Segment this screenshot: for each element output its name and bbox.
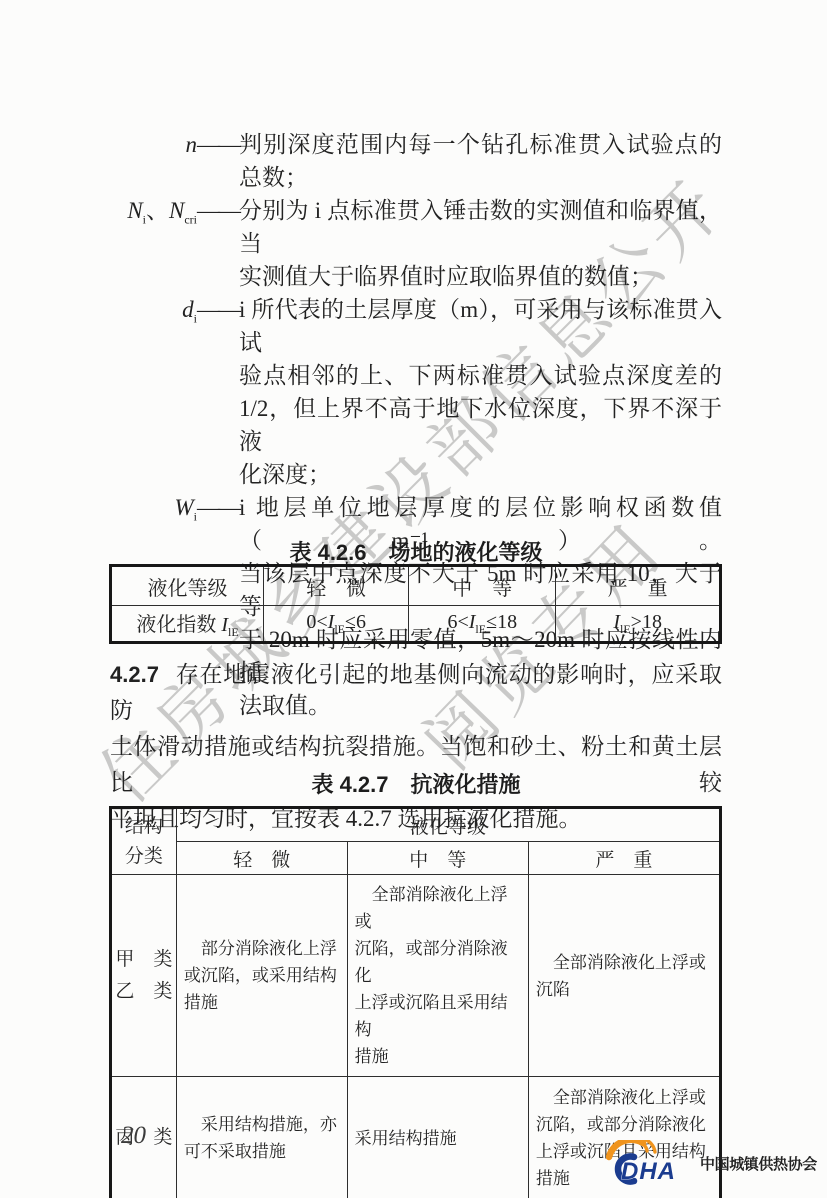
column-header-cell: 轻 微 xyxy=(176,842,347,875)
value-cell: 0<IlE≤6 xyxy=(264,606,409,643)
definition-symbol: n—— xyxy=(110,128,239,194)
corner-header-cell: 结构分类 xyxy=(111,808,177,875)
definition-line: 判别深度范围内每一个钻孔标准贯入试验点的 xyxy=(239,128,722,161)
table-426-liquefaction-grade: 液化等级轻 微中 等严 重液化指数 IlE0<IlE≤66<IlE≤18IlE>… xyxy=(109,564,722,644)
table-header-row: 结构分类液化等级 xyxy=(111,808,721,842)
text-segment: 6< xyxy=(447,611,468,633)
row-label-cell: 甲 类乙 类 xyxy=(111,875,177,1077)
definition-row: Ni、Ncri——分别为 i 点标准贯入锤击数的实测值和临界值，当实测值大于临界… xyxy=(110,194,722,293)
row-label-line: 甲 类 xyxy=(113,944,175,976)
page-content: n——判别深度范围内每一个钻孔标准贯入试验点的总数；Ni、Ncri——分别为 i… xyxy=(0,0,827,1198)
definition-line: i 所代表的土层厚度（m），可采用与该标准贯入试 xyxy=(239,293,722,359)
value-cell: 6<IlE≤18 xyxy=(409,606,556,643)
measure-line: 可不采取措施 xyxy=(184,1138,340,1165)
measure-line: 措施 xyxy=(184,989,340,1016)
corner-header-line: 分类 xyxy=(113,842,175,872)
table-data-row: 甲 类乙 类部分消除液化上浮或沉陷，或采用结构措施全部消除液化上浮或沉陷，或部分… xyxy=(111,875,721,1077)
dha-logo-icon: DHA xyxy=(606,1140,698,1186)
column-header-cell: 严 重 xyxy=(528,842,720,875)
column-header-cell: 轻 微 xyxy=(264,566,409,606)
definition-text: 分别为 i 点标准贯入锤击数的实测值和临界值，当实测值大于临界值时应取临界值的数… xyxy=(239,194,722,293)
symbol-subscript: cri xyxy=(184,213,197,227)
definition-dash: —— xyxy=(197,495,239,520)
definition-line: 总数； xyxy=(239,161,722,194)
table-header-row: 液化等级轻 微中 等严 重 xyxy=(111,566,721,606)
row-label-line: 乙 类 xyxy=(113,976,175,1008)
symbol-subscript: lE xyxy=(475,622,486,636)
definition-text: 判别深度范围内每一个钻孔标准贯入试验点的总数； xyxy=(239,128,722,194)
text-segment: >18 xyxy=(631,611,662,633)
value-cell: IlE>18 xyxy=(556,606,721,643)
definition-line: 验点相邻的上、下两标准贯入试验点深度差的 xyxy=(239,359,722,392)
table-subheader-row: 轻 微中 等严 重 xyxy=(111,842,721,875)
column-header-cell: 中 等 xyxy=(347,842,528,875)
measure-line: 沉陷，或部分消除液化 xyxy=(355,935,521,989)
measure-line: 沉陷，或部分消除液化 xyxy=(536,1111,712,1138)
association-logo: DHA 中国城镇供热协会 xyxy=(606,1140,817,1186)
table-data-row: 液化指数 IlE0<IlE≤66<IlE≤18IlE>18 xyxy=(111,606,721,643)
measure-line: 上浮或沉陷且采用结构 xyxy=(355,989,521,1043)
definition-dash: —— xyxy=(197,297,239,322)
symbol-subscript: lE xyxy=(228,625,239,639)
measure-line: 全部消除液化上浮或 xyxy=(355,881,521,935)
definition-line: 分别为 i 点标准贯入锤击数的实测值和临界值，当 xyxy=(239,194,722,260)
symbol-subscript: lE xyxy=(620,622,631,636)
text-segment: ≤18 xyxy=(486,611,517,633)
measure-cell: 全部消除液化上浮或沉陷 xyxy=(528,875,720,1077)
definition-line: 化深度； xyxy=(239,458,722,491)
column-header-cell: 中 等 xyxy=(409,566,556,606)
definition-dash: —— xyxy=(197,198,239,223)
paragraph-line: 4.2.7存在地震液化引起的地基侧向流动的影响时，应采取防 xyxy=(110,657,722,729)
measure-line: 或沉陷，或采用结构 xyxy=(184,962,340,989)
definition-text: i 所代表的土层厚度（m），可采用与该标准贯入试验点相邻的上、下两标准贯入试验点… xyxy=(239,293,722,491)
text-segment: ≤6 xyxy=(345,611,366,633)
measure-line: 措施 xyxy=(355,1043,521,1070)
span-header-cell: 液化等级 xyxy=(176,808,720,842)
definition-row: di——i 所代表的土层厚度（m），可采用与该标准贯入试验点相邻的上、下两标准贯… xyxy=(110,293,722,491)
symbol-subscript: lE xyxy=(334,622,345,636)
measure-cell: 采用结构措施，亦可不采取措施 xyxy=(176,1077,347,1198)
definition-symbol: di—— xyxy=(110,293,239,491)
measure-line: 部分消除液化上浮 xyxy=(184,935,340,962)
column-header-cell: 严 重 xyxy=(556,566,721,606)
definition-line: 1/2，但上界不高于地下水位深度，下界不深于液 xyxy=(239,392,722,458)
measure-cell: 部分消除液化上浮或沉陷，或采用结构措施 xyxy=(176,875,347,1077)
measure-cell: 全部消除液化上浮或沉陷，或部分消除液化上浮或沉陷且采用结构措施 xyxy=(347,875,528,1077)
measure-line: 全部消除液化上浮或 xyxy=(536,1084,712,1111)
math-symbol: W xyxy=(174,495,193,520)
page-number: 20 xyxy=(121,1122,146,1150)
text-segment: 0< xyxy=(306,611,327,633)
math-symbol: N xyxy=(169,198,184,223)
definition-line: 实测值大于临界值时应取临界值的数值； xyxy=(239,260,722,293)
math-symbol: n xyxy=(186,132,198,157)
measure-line: 采用结构措施 xyxy=(355,1125,521,1152)
measure-cell: 采用结构措施 xyxy=(347,1077,528,1198)
paragraph-text: 存在地震液化引起的地基侧向流动的影响时，应采取防 xyxy=(110,662,722,723)
text-segment: 液化指数 xyxy=(136,614,221,636)
definition-row: n——判别深度范围内每一个钻孔标准贯入试验点的总数； xyxy=(110,128,722,194)
math-symbol: I xyxy=(613,611,620,633)
measure-line: 沉陷 xyxy=(536,976,712,1003)
math-symbol: N xyxy=(127,198,142,223)
measure-line: 全部消除液化上浮或 xyxy=(536,949,712,976)
row-label-cell: 液化指数 IlE xyxy=(111,606,264,643)
corner-header-line: 结构 xyxy=(113,812,175,842)
definition-dash: —— xyxy=(197,132,239,157)
logo-abbreviation: DHA xyxy=(621,1158,676,1185)
association-name: 中国城镇供热协会 xyxy=(700,1153,817,1174)
table-427-title: 表 4.2.7 抗液化措施 xyxy=(110,768,722,799)
table-426-title: 表 4.2.6 场地的液化等级 xyxy=(110,536,722,567)
definition-symbol: Ni、Ncri—— xyxy=(110,194,239,293)
measure-line: 采用结构措施，亦 xyxy=(184,1111,340,1138)
document-page: 住房城乡建设部信息公开 阅览专用 n——判别深度范围内每一个钻孔标准贯入试验点的… xyxy=(0,0,827,1198)
column-header-cell: 液化等级 xyxy=(111,566,264,606)
text-segment: 、 xyxy=(146,198,169,223)
math-symbol: d xyxy=(182,297,194,322)
section-number: 4.2.7 xyxy=(110,662,159,687)
